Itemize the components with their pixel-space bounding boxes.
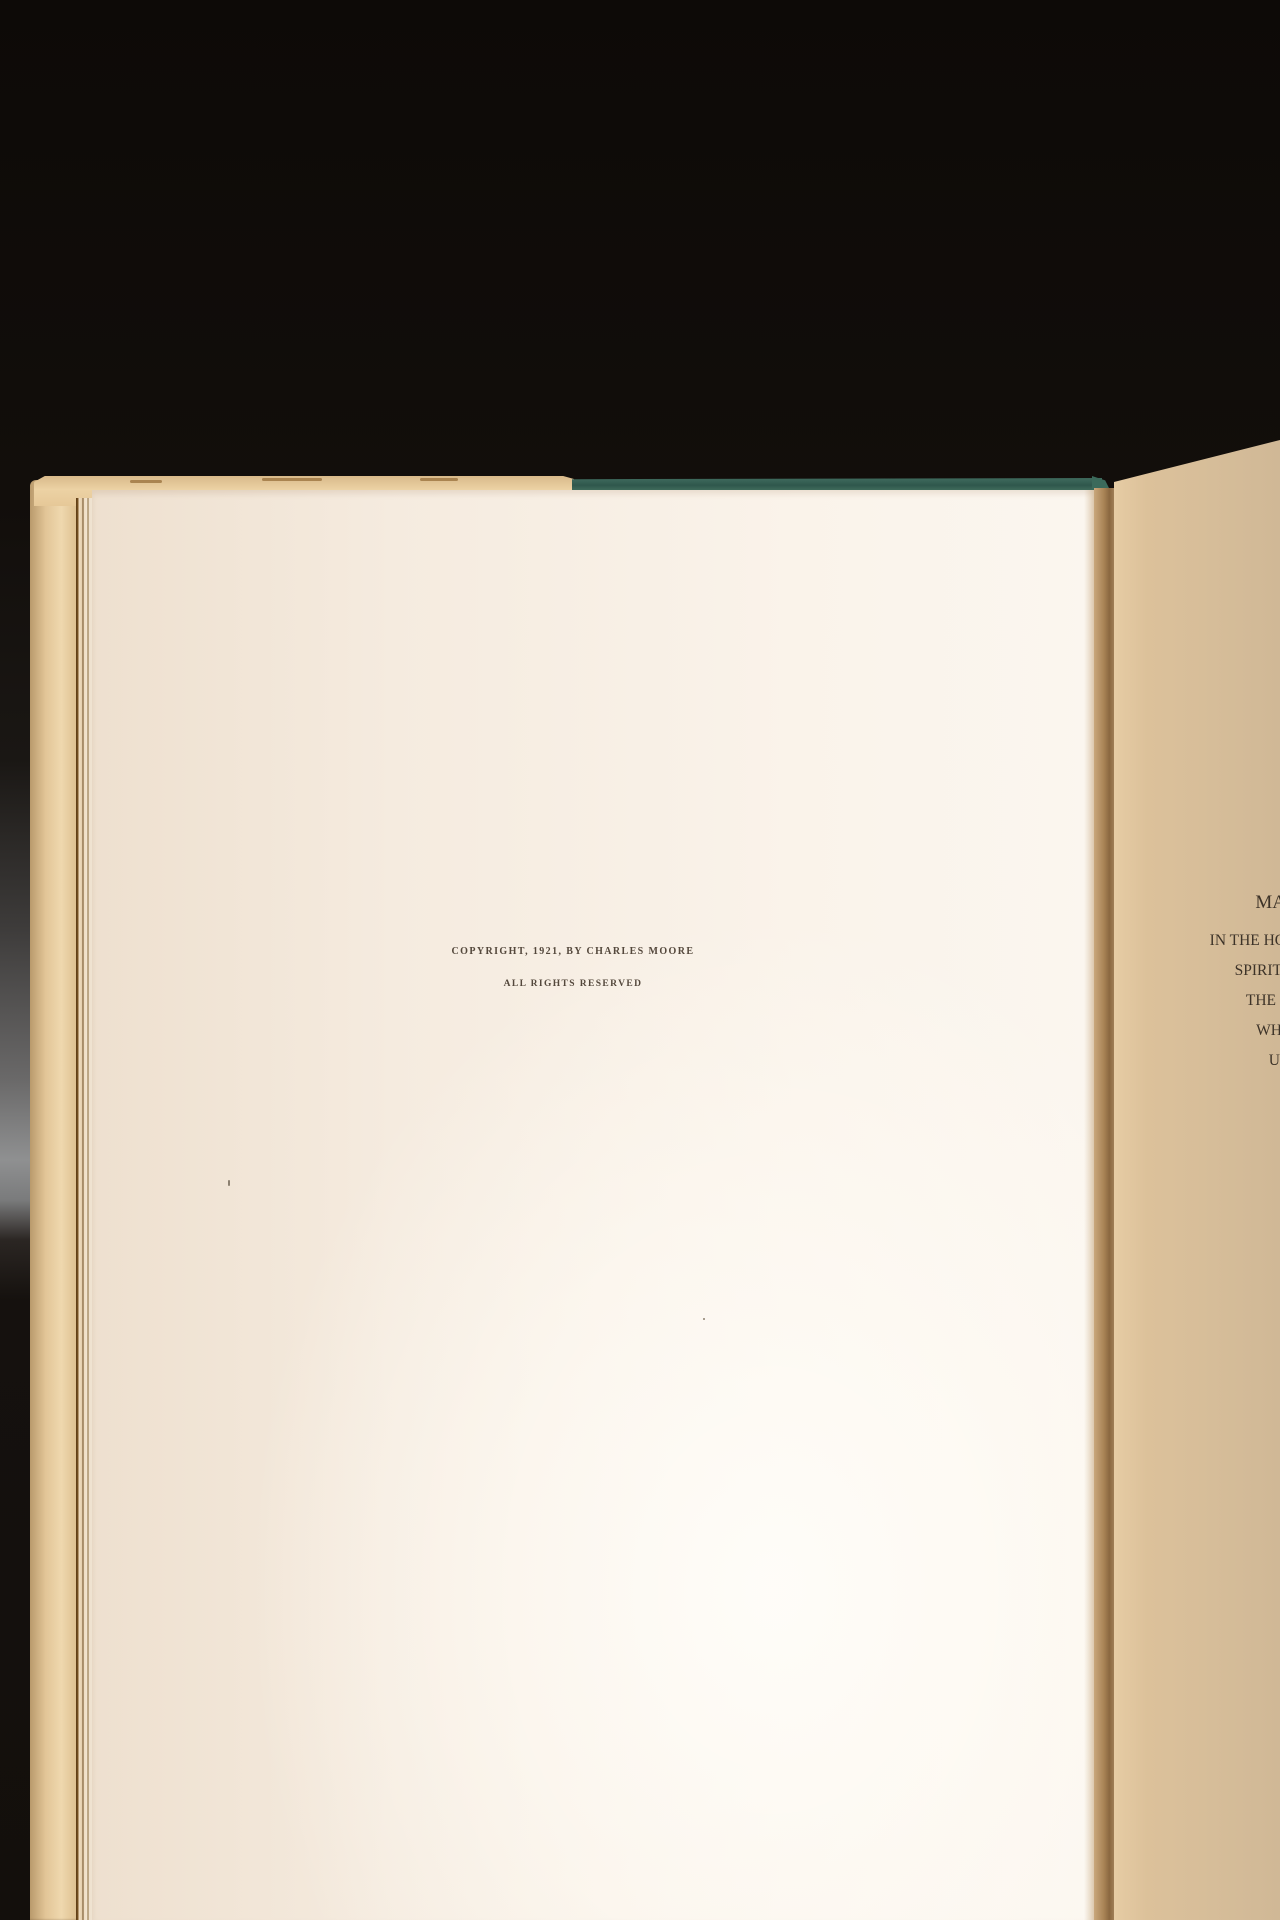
- book-cover-left-edge: [30, 480, 82, 1920]
- facing-page-text-line: WH: [1256, 1022, 1280, 1040]
- paper-speck: [703, 1318, 705, 1320]
- facing-page: MA IN THE HO SPIRIT THE WH U: [1114, 440, 1280, 1920]
- rights-reserved-line: ALL RIGHTS RESERVED: [72, 977, 1074, 991]
- green-cloth-cover-edge: [572, 478, 1102, 490]
- jacket-stain: [130, 480, 162, 483]
- jacket-stain: [262, 478, 322, 481]
- facing-page-text-line: U: [1269, 1052, 1280, 1070]
- paper-speck: [228, 1180, 230, 1186]
- facing-page-text-line: MA: [1255, 892, 1280, 914]
- copyright-notice: COPYRIGHT, 1921, BY CHARLES MOORE ALL RI…: [72, 945, 1074, 991]
- copyright-line: COPYRIGHT, 1921, BY CHARLES MOORE: [72, 945, 1074, 959]
- page-block-edges: [76, 498, 92, 1920]
- facing-page-text-line: THE: [1246, 992, 1276, 1010]
- facing-page-text-line: SPIRIT: [1235, 962, 1280, 980]
- facing-page-text-line: IN THE HO: [1210, 932, 1280, 950]
- jacket-stain: [420, 478, 458, 481]
- copyright-page: COPYRIGHT, 1921, BY CHARLES MOORE ALL RI…: [92, 490, 1094, 1920]
